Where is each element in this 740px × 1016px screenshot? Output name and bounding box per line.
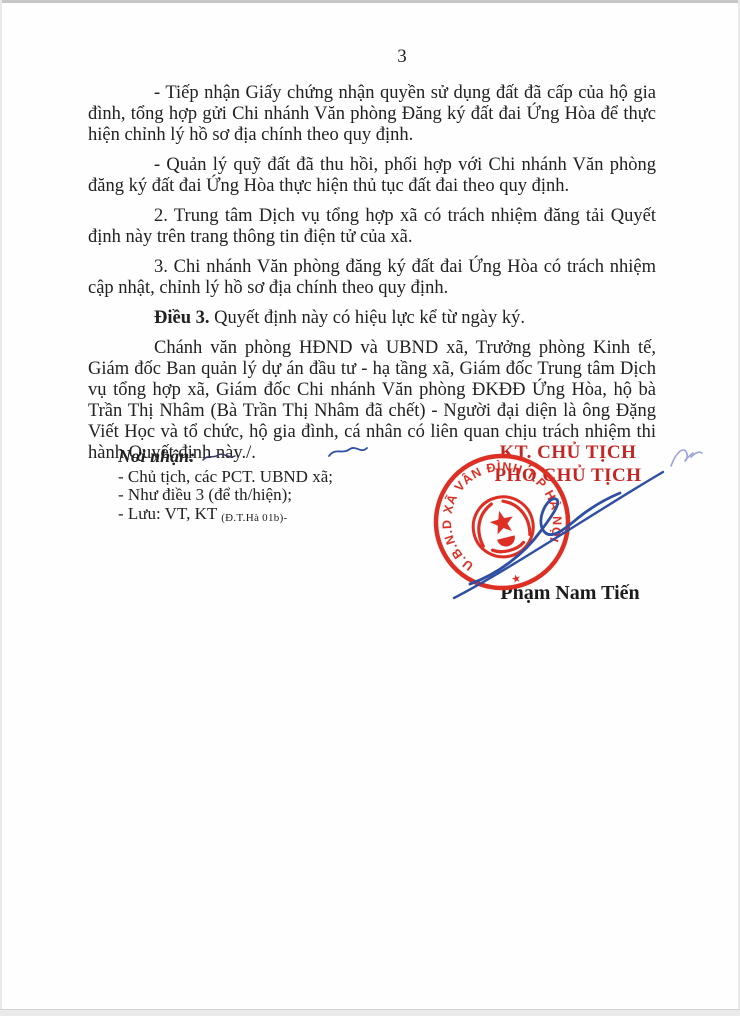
recipients-block: Nơi nhận: - Chủ tịch, các PCT. UBND xã; … xyxy=(118,447,398,527)
handwritten-signature-icon xyxy=(448,458,678,603)
recipient-line-text: - Lưu: VT, KT xyxy=(118,504,217,523)
recipient-line: - Chủ tịch, các PCT. UBND xã; xyxy=(118,468,398,487)
paragraph-text: Quyết định này có hiệu lực kể từ ngày ký… xyxy=(210,308,525,328)
paragraph-tiep-nhan: - Tiếp nhận Giấy chứng nhận quyền sử dụn… xyxy=(88,83,656,146)
clerk-note: (Đ.T.Hà 01b)- xyxy=(221,512,287,524)
paragraph-text: - Quản lý quỹ đất đã thu hồi, phối hợp v… xyxy=(88,155,656,196)
recipient-line: - Như điều 3 (để th/hiện); xyxy=(118,486,398,505)
paragraph-text: 3. Chi nhánh Văn phòng đăng ký đất đai Ứ… xyxy=(88,257,656,298)
paragraph-dieu-3: Điều 3. Quyết định này có hiệu lực kể từ… xyxy=(88,308,656,329)
recipients-label: Nơi nhận: xyxy=(118,446,195,466)
page-number: 3 xyxy=(118,46,686,67)
article-label: Điều 3. xyxy=(154,308,210,328)
recipient-line: - Lưu: VT, KT (Đ.T.Hà 01b)- xyxy=(118,505,398,528)
paragraph-quan-ly-quy-dat: - Quản lý quỹ đất đã thu hồi, phối hợp v… xyxy=(88,155,656,197)
page-bottom-edge xyxy=(0,1009,740,1016)
paragraph-chi-nhanh-vpdk: 3. Chi nhánh Văn phòng đăng ký đất đai Ứ… xyxy=(88,257,656,299)
document-body: 3 - Tiếp nhận Giấy chứng nhận quyền sử d… xyxy=(88,0,656,475)
paragraph-text: 2. Trung tâm Dịch vụ tổng hợp xã có trác… xyxy=(88,206,656,247)
pen-scribble-icon xyxy=(201,449,237,468)
paragraph-trung-tam-dich-vu: 2. Trung tâm Dịch vụ tổng hợp xã có trác… xyxy=(88,206,656,248)
paragraph-text: - Tiếp nhận Giấy chứng nhận quyền sử dụn… xyxy=(88,83,656,145)
document-page: 3 - Tiếp nhận Giấy chứng nhận quyền sử d… xyxy=(0,0,740,1016)
page-left-edge xyxy=(0,0,2,1016)
